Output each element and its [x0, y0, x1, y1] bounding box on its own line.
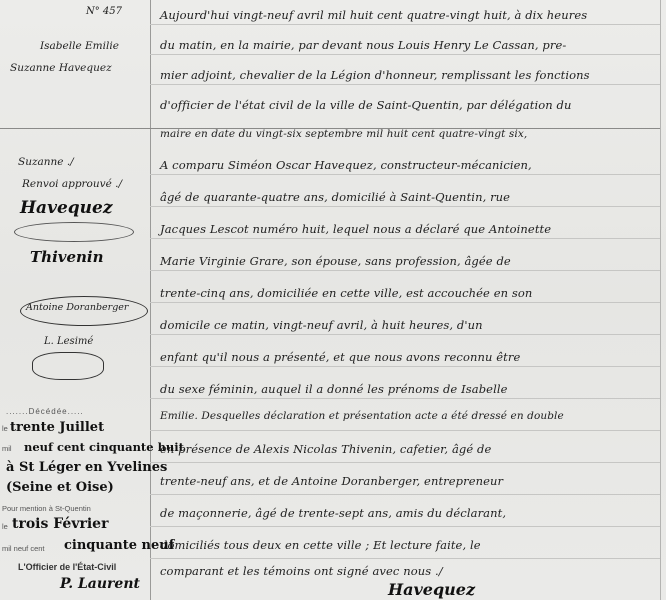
rule-line — [150, 558, 660, 559]
right-rule — [660, 0, 661, 600]
annotation-year: neuf cent cinquante huit — [24, 440, 184, 454]
body-line: comparant et les témoins ont signé avec … — [160, 564, 443, 578]
rule-line — [150, 334, 660, 335]
rule-line — [150, 270, 660, 271]
rule-line — [150, 238, 660, 239]
body-line: enfant qu'il nous a présenté, et que nou… — [160, 350, 520, 364]
body-line: A comparu Siméon Oscar Havequez, constru… — [160, 158, 532, 172]
stamp-le-label: le — [2, 424, 8, 433]
body-line: Marie Virginie Grare, son épouse, sans p… — [160, 254, 511, 268]
rule-line — [150, 54, 660, 55]
body-line: domicile ce matin, vingt-neuf avril, à h… — [160, 318, 483, 332]
body-line: d'officier de l'état civil de la ville d… — [160, 98, 571, 112]
officer-signature: P. Laurent — [60, 576, 140, 592]
annotation-place-2: (Seine et Oise) — [6, 480, 114, 495]
rule-line — [150, 494, 660, 495]
body-line: Emilie. Desquelles déclaration et présen… — [160, 410, 564, 422]
pour-mention-label: Pour mention à St-Quentin — [2, 504, 91, 513]
rule-line — [150, 366, 660, 367]
birth-record-page: N° 457 Isabelle Emilie Suzanne Havequez … — [0, 0, 666, 600]
approval-note-1: Suzanne ./ — [18, 156, 74, 168]
margin-child-name-1: Isabelle Emilie — [40, 40, 119, 52]
mention-year-prefix: mil neuf cent — [2, 544, 45, 553]
annotation-heading: Décédée — [29, 407, 68, 416]
approval-note-2: Renvoi approuvé ./ — [22, 178, 122, 190]
signature-witness-1: Thivenin — [30, 248, 104, 266]
rule-line — [150, 302, 660, 303]
signature-flourish — [14, 222, 134, 242]
body-line: Aujourd'hui vingt-neuf avril mil huit ce… — [160, 8, 587, 22]
annotation-day-month: trente Juillet — [10, 420, 104, 435]
mention-date-prefix: le — [2, 522, 8, 531]
margin-child-name-2: Suzanne Havequez — [10, 62, 112, 74]
body-line: Jacques Lescot numéro huit, lequel nous … — [160, 222, 551, 236]
rule-line — [150, 174, 660, 175]
annotation-place-1: à St Léger en Yvelines — [6, 460, 167, 475]
mention-year: cinquante neuf — [64, 538, 174, 553]
officer-label: L'Officier de l'État-Civil — [18, 562, 116, 572]
rule-line — [150, 526, 660, 527]
signature-officer-1888: L. Lesimé — [44, 336, 93, 347]
signature-father: Havequez — [20, 198, 113, 218]
rule-line — [150, 84, 660, 85]
rule-line — [150, 398, 660, 399]
signature-witness-2: Antoine Doranberger — [26, 302, 128, 313]
body-line: âgé de quarante-quatre ans, domicilié à … — [160, 190, 510, 204]
body-line: maire en date du vingt-six septembre mil… — [160, 128, 527, 140]
body-line: du sexe féminin, auquel il a donné les p… — [160, 382, 508, 396]
margin-rule — [150, 0, 151, 600]
body-line: de maçonnerie, âgé de trente-sept ans, a… — [160, 506, 506, 520]
rule-line — [150, 24, 660, 25]
body-line: trente-neuf ans, et de Antoine Doranberg… — [160, 474, 503, 488]
body-line: domiciliés tous deux en cette ville ; Et… — [160, 538, 481, 552]
rule-line — [150, 430, 660, 431]
annotation-heading-row: .......Décédée..... — [6, 407, 84, 416]
rule-line — [150, 462, 660, 463]
body-line: en présence de Alexis Nicolas Thivenin, … — [160, 442, 491, 456]
body-line: mier adjoint, chevalier de la Légion d'h… — [160, 68, 590, 82]
closing-signature: Havequez — [388, 580, 475, 599]
body-line: du matin, en la mairie, par devant nous … — [160, 38, 566, 52]
act-number: N° 457 — [86, 6, 122, 17]
body-line: trente-cinq ans, domiciliée en cette vil… — [160, 286, 532, 300]
annotation-year-prefix: mil — [2, 444, 12, 453]
signature-flourish — [32, 352, 104, 380]
mention-date: trois Février — [12, 516, 108, 532]
rule-line — [150, 206, 660, 207]
